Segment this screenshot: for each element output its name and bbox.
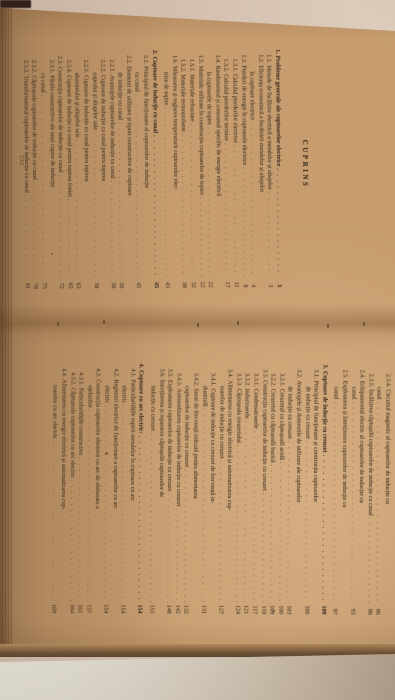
toc-section-number: 2.3.2. [29,60,38,74]
binding-stitch [57,322,59,326]
dot-leader: . . . . . . . . . . . . . . . . . . . . … [118,405,128,602]
toc-entry-line: 2.3.1.Părțile constructive ale unui cupt… [46,43,56,289]
dot-leader: . . . . . . . . . . . . . . . . . . . . … [73,140,83,278]
toc-page-number: 45 [151,279,160,288]
toc-entry-text-continued: oțelurilor [85,385,94,407]
toc-page-number: 148 [164,605,173,614]
toc-page-number: 78 [31,280,40,289]
toc-page-number: 8 [240,278,249,287]
toc-section-number: 2.2.3. [81,60,90,74]
toc-entry-text: Cuptoare cu arc electric: [136,370,145,434]
toc-entry-line: 3.Cuptoare de inducție cu creuzet. . . .… [319,357,329,615]
toc-section-number: 2.2.1. [106,59,115,73]
dot-leader: . . . . . . . . . . . . . . . . . . . . … [284,441,293,604]
toc-entry-text: Eficiența economică a încălzirii metalel… [256,65,265,192]
toc-section-number: 4.3.2. [68,372,77,386]
toc-entry-line: electric. . . . . . . . . . . . . . . . … [118,355,128,613]
toc-page-number: 58 [91,279,100,288]
dot-leader: . . . . . . . . . . . . . . . . . . . . … [247,122,257,276]
toc-entry-line: 1.5.2.Materiale termoizolante. . . . . .… [178,42,188,288]
toc-page-number: 4 [248,278,257,287]
toc-entry-line: 2.Cuptoare de inducție cu canal. . . . .… [149,42,159,288]
toc-section-number: 3. [320,365,329,370]
toc-entry-line: inducție cu creuzet. . . . . . . . . . .… [147,356,157,614]
dot-leader: . . . . . . . . . . . . . . . . . . . . … [330,401,340,603]
dot-leader: . . . . . . . . . . . . . . . . . . . . … [265,192,274,277]
toc-entry-text-continued: de inducție cu canal [115,72,124,120]
dot-leader: . . . . . . . . . . . . . . . . . . . . … [161,107,171,277]
toc-entry-text: Inductoarele [242,389,251,419]
dot-leader: . . . . . . . . . . . . . . . . . . . . … [301,441,310,604]
toc-section-number: 3.3.3. [234,373,243,387]
toc-entry-text-continued: canal [374,387,383,400]
toc-entry-line: 3.2.1.Creuzetul cu căptușeală acidă. . .… [276,356,286,614]
toc-entry-text: Calculul pierderilor termice [221,74,230,141]
toc-entry-line: la cuptoarele de topire. . . . . . . . .… [204,42,214,288]
page-number-folio: 232 [18,155,24,166]
toc-page-number: 50 [117,279,126,288]
toc-page-number: 100 [301,605,310,614]
toc-entry-line: 2.3.3.Transformatorul cuptoarelor de ind… [20,43,30,289]
dot-leader: . . . . . . . . . . . . . . . . . . . . … [198,409,208,603]
toc-page-number: 63 [74,280,83,289]
toc-entry-line: 1.1.Metode de încălzire electrică a meta… [264,41,274,287]
dot-leader: . . . . . . . . . . . . . . . . . . . . … [233,445,242,603]
toc-entry-line: 4.3.1.Particularitățile constructive. . … [75,355,85,613]
toc-entry-text-continued: toarelor de inducție cu creuzet [216,386,225,459]
page-fore-edge-shadow [0,644,395,657]
toc-section-number: 3.1. [311,369,320,378]
toc-section-number: 1.3.2. [221,59,230,73]
toc-entry-text: Cuptoare de inducție cu canal pentru top… [98,75,107,181]
dot-leader: . . . . . . . . . . . . . . . . . . . . … [204,127,214,277]
toc-entry-line: 4.Cuptoare cu arc electric:. . . . . . .… [135,356,145,614]
toc-page-number: 50 [108,279,117,288]
toc-section-number: 1.5.1. [187,59,196,73]
toc-page-number: 157 [84,604,93,613]
toc-entry-line: de inducție cu creuzet. . . . . . . . . … [284,356,294,614]
toc-entry-text: Căptușeala cuptoarelor de inducție cu ca… [29,75,38,180]
toc-entry-text-continued: canal [348,387,357,400]
toc-entry-text: Cuptoare de inducție cu canal pentru top… [81,75,90,181]
toc-page-number: 17 [223,279,232,288]
toc-entry-text: Măsurarea și reglarea temperaturii cupto… [170,66,179,190]
binding-stitch [103,320,105,324]
toc-section-number: 1.1. [264,54,273,63]
dark-background-object [0,0,31,8]
dot-leader: . . . . . . . . . . . . . . . . . . . . … [216,461,225,603]
toc-entry-line: oțelurilor. . . . . . . . . . . . . . . … [84,355,94,613]
toc-page-number: 22 [205,279,214,288]
toc-page-number: 164 [66,604,75,613]
toc-entry-text: Pierderi de energie în cuptoarele electr… [238,65,247,165]
dot-leader: . . . . . . . . . . . . . . . . . . . . … [373,401,383,603]
toc-entry-text-continued: cuptoarelor de inducție cu creuzet [182,386,191,467]
toc-page-number: 22 [197,279,206,288]
toc-entry-text-continued: cu canal [132,72,141,92]
toc-entry-line: de inducție cu creuzet. . . . . . . . . … [301,356,311,614]
toc-entry-line: 2.3.Construcția cuptoarelor de inducție … [55,43,65,289]
toc-entry-line: toarelor cu arc electric. . . . . . . . … [49,355,59,613]
toc-entry-line: cuprului și aliajelor sale. . . . . . . … [89,42,99,288]
toc-entry-text-continued: trice de topire [161,72,170,105]
toc-page-number: 81 [22,280,31,289]
toc-entry-text-continued: canal [331,387,340,400]
toc-entry-text: Întreținerea și repararea căptușelii cup… [156,380,165,497]
toc-section-number: 2.3.3. [20,60,29,74]
toc-section-number: 3.4.3. [174,373,183,387]
toc-entry-line: 1.5.1.Materiale refractare. . . . . . . … [187,42,197,288]
toc-section-number: 2.1. [141,55,150,64]
toc-page-number: 151 [147,605,156,614]
toc-entry-line: 2.2.2.Cuptoare de inducție cu canal pent… [98,42,108,288]
toc-section-number: 2.3.1. [46,60,55,74]
toc-entry-text: Probleme generale ale cuptoarelor electr… [273,56,282,167]
toc-entry-line: dustrială. . . . . . . . . . . . . . . .… [198,356,208,614]
toc-page-number: 131 [198,605,207,614]
toc-section-number: 3.2. [294,369,303,378]
toc-section-number: 1. [273,49,282,54]
dot-leader: . . . . . . . . . . . . . . . . . . . . … [84,410,94,603]
toc-page-number: 93 [347,606,356,615]
toc-page-number: 65 [65,280,74,289]
toc-entry-line: 1.3.2.Calculul pierderilor termice. . . … [221,42,231,288]
toc-entry-line: 3.5.Exploatarea cuptoarelor de inducție … [164,356,174,614]
toc-page-number: 100 [319,606,328,615]
toc-page-number: 38 [180,279,189,288]
toc-entry-text: Cuptoare de inducție cu creuzet [319,371,328,452]
toc-section-number: 4.1. [128,369,137,378]
toc-entry-text: Cuptoare de inducție cu canal pentru top… [64,75,73,197]
book-spread: CUPRINS 1.Probleme generale ale cuptoare… [0,0,395,700]
toc-section-number: 2.3.5. [366,374,375,388]
toc-entry-line: canal. . . . . . . . . . . . . . . . . .… [373,357,383,615]
dot-leader: . . . . . . . . . . . . . . . . . . . . … [181,469,190,603]
toc-page-number: 90 [365,606,374,615]
toc-entry-text: Părțile constructive ale unui cuptor de … [46,75,55,187]
dot-leader: . . . . . . . . . . . . . . . . . . . . … [107,181,116,278]
dot-leader: . . . . . . . . . . . . . . . . . . . . … [179,134,189,277]
toc-page-number: 86 [373,606,382,615]
toc-entry-line: 3.2.2.Creuzetul cu căptușeală bazică. . … [267,356,277,614]
toc-entry-text-continued: în cuptoare electrice [247,71,256,120]
toc-section-number: 3.4.2. [191,373,200,387]
dot-leader: . . . . . . . . . . . . . . . . . . . . … [21,195,30,278]
toc-entry-line: 4.3.2.Căptușeala cuptoarelor cu arc elec… [66,355,76,613]
toc-entry-text: Principiul de funcționare al cuptoarelor… [141,66,150,188]
toc-entry-text: Calculul pierderilor electrice [230,74,239,143]
toc-page-number: 3 [274,278,283,287]
toc-section-number: 4.4. [59,368,68,377]
toc-section-number: 1.4. [212,55,221,64]
toc-entry-line: cuptoarelor de inducție cu creuzet. . . … [181,356,191,614]
page-title: CUPRINS [300,41,310,287]
toc-page-number: 169 [49,604,58,613]
toc-section-number: 1.5. [195,55,204,64]
dot-leader: . . . . . . . . . . . . . . . . . . . . … [241,421,251,604]
dot-leader: . . . . . . . . . . . . . . . . . . . . … [196,197,205,277]
toc-page-number: 72 [56,280,65,289]
toc-page-number: 154 [135,605,144,614]
toc-entry-line: 3.3.2.Inductoarele. . . . . . . . . . . … [241,356,251,614]
toc-section-number: 3.3.1. [251,373,260,387]
toc-entry-line: de inducție cu canal. . . . . . . . . . … [115,42,125,288]
dot-leader: . . . . . . . . . . . . . . . . . . . . … [147,433,156,603]
toc-page-number: 124 [233,605,242,614]
toc-section-number: 3.3. [260,369,269,378]
toc-page-number: 121 [241,605,250,614]
dot-leader: . . . . . . . . . . . . . . . . . . . . … [250,431,259,604]
toc-section-number: 4.3.1. [76,372,85,386]
toc-entry-line: aluminiului și aliajelor sale. . . . . .… [72,43,82,289]
toc-section-number: 1.2. [255,54,264,63]
toc-section-number: 2.4. [357,370,366,379]
toc-page-number: 132 [181,605,190,614]
dot-leader: . . . . . . . . . . . . . . . . . . . . … [75,458,84,603]
toc-entry-line: 3.3.1.Condensatoarele. . . . . . . . . .… [250,356,260,614]
toc-page-number: 97 [330,606,339,615]
dot-leader: . . . . . . . . . . . . . . . . . . . . … [64,199,73,278]
toc-entry-text: Condensatoarele [251,389,260,429]
dot-leader: . . . . . . . . . . . . . . . . . . . . … [135,436,144,603]
toc-entry-line: 3.3.3.Căptușeala creuzetului. . . . . . … [233,356,243,614]
toc-entry-text-continued: cuprului și aliajelor sale [89,72,98,130]
toc-page-number: 117 [250,605,259,614]
toc-entry-line: 1.3.1.Calculul pierderilor electrice. . … [230,41,240,287]
toc-section-number: 4.3. [93,368,102,377]
dot-leader: . . . . . . . . . . . . . . . . . . . . … [267,465,276,604]
toc-page-number: 110 [258,605,267,614]
toc-entry-text: Cuptoare de inducție cu canal [149,57,158,134]
dot-leader: . . . . . . . . . . . . . . . . . . . . … [56,175,65,278]
dot-leader: . . . . . . . . . . . . . . . . . . . . … [276,462,285,603]
dot-leader: . . . . . . . . . . . . . . . . . . . . … [30,182,39,278]
dot-leader: . . . . . . . . . . . . . . . . . . . . … [38,95,48,278]
toc-section-number: 2.3.4. [383,374,392,388]
dot-leader: . . . . . . . . . . . . . . . . . . . . … [187,124,197,277]
toc-section-number: 1.3.1. [230,58,239,72]
toc-left-page: CUPRINS 1.Probleme generale ale cuptoare… [20,41,310,289]
toc-page-number: 3 [266,278,275,287]
toc-entry-text-continued: cu canal [38,73,47,93]
toc-page-number: 45 [134,279,143,288]
toc-page-number: 103 [284,605,293,614]
toc-page-number: 127 [215,605,224,614]
toc-entry-text-continued: aluminiului și aliajelor sale [72,73,81,138]
dot-leader: . . . . . . . . . . . . . . . . . . . . … [173,508,182,602]
toc-section-number: 4.2. [111,368,120,377]
toc-entry-line: în cuptoare electrice. . . . . . . . . .… [247,41,257,287]
toc-entry-text: Transformatorul cuptoarelor de inducție … [21,75,30,192]
toc-page-number: 154 [118,604,127,613]
toc-page-number: 75 [39,280,48,289]
toc-section-number: 3.4.1. [208,373,217,387]
dot-leader: . . . . . . . . . . . . . . . . . . . . … [222,143,232,277]
dot-leader: . . . . . . . . . . . . . . . . . . . . … [365,518,374,604]
toc-entry-line: 1.Probleme generale ale cuptoarelor elec… [273,41,283,287]
toc-entry-text-continued: toarelor cu arc electric [50,385,59,439]
toc-section-number: 4. [136,364,145,369]
toc-section-number: 1.6. [170,55,179,64]
dot-leader: . . . . . . . . . . . . . . . . . . . . … [101,405,111,602]
dot-leader: . . . . . . . . . . . . . . . . . . . . … [319,454,328,603]
dot-leader: . . . . . . . . . . . . . . . . . . . . … [230,145,240,277]
toc-right-page: 2.3.4.Circuitul magnetic al cuptoarelor … [49,355,392,615]
paper-speck [105,452,108,455]
toc-left-list: 1.Probleme generale ale cuptoarelor elec… [20,41,283,289]
toc-entry-line: 1.2.Eficiența economică a încălzirii met… [255,41,265,287]
dot-leader: . . . . . . . . . . . . . . . . . . . . … [66,480,75,602]
toc-page-number: 154 [101,604,110,613]
toc-entry-text: Materiale refractare [187,74,196,122]
toc-section-number: 2.2. [124,55,133,64]
toc-section-number: 2.2.2. [98,59,107,73]
toc-section-number: 3.5. [165,369,174,378]
toc-page-number: 11 [231,278,240,287]
toc-page-number: 142 [172,605,181,614]
toc-entry-text-continued: inducție cu creuzet [148,386,157,431]
toc-section-number: 2.5. [340,370,349,379]
toc-entry-text: Randamentul și consumul specific de ener… [213,66,223,197]
toc-entry-text-continued: dustrială [199,386,208,407]
dot-leader: . . . . . . . . . . . . . . . . . . . . … [115,122,125,277]
toc-page-number: 43 [162,279,171,288]
table-surface-right [0,654,395,700]
toc-entry-text-continued: electric [119,385,128,403]
toc-section-number: 3.3.2. [242,373,251,387]
toc-section-number: 1.3. [238,54,247,63]
toc-entry-line: 2.3.4.Circuitul magnetic al cuptoarelor … [382,357,392,615]
toc-section-number: 1.5.2. [178,59,187,73]
toc-section-number: 2.2.4. [63,60,72,74]
paper-speck [273,610,275,612]
toc-entry-text-continued: de inducție cu creuzet [302,386,311,439]
toc-entry-line: cu canal. . . . . . . . . . . . . . . . … [132,42,142,288]
dot-leader: . . . . . . . . . . . . . . . . . . . . … [239,167,248,276]
toc-entry-text: Particularitățile constructive [76,388,85,456]
toc-page-number: 32 [188,279,197,288]
toc-entry-line: cu canal. . . . . . . . . . . . . . . . … [38,43,48,289]
binding-stitch [197,323,199,327]
dot-leader: . . . . . . . . . . . . . . . . . . . . … [258,493,267,604]
toc-entry-text: Metode de încălzire electrică a metalelo… [264,65,273,189]
toc-entry-text: Construcția cuptoarelor de inducție cu c… [55,67,64,173]
toc-entry-text: Creuzetul cu căptușeală acidă [276,389,285,460]
book-photo: CUPRINS 1.Probleme generale ale cuptoare… [0,0,395,700]
toc-section-number: 3.6. [157,369,166,378]
toc-entry-text-continued: de inducție cu creuzet [285,386,294,439]
dot-leader: . . . . . . . . . . . . . . . . . . . . … [132,94,142,277]
toc-entry-line: canal. . . . . . . . . . . . . . . . . .… [347,357,357,615]
toc-entry-text: Creuzetul cu căptușeală bazică [268,389,277,463]
toc-section-number: 3.2.1. [277,373,286,387]
toc-section-number: 3.4. [225,369,234,378]
toc-section-number: 3.2.2. [268,373,277,387]
toc-page-number: 161 [75,604,84,613]
toc-entry-text: Echipamentul electric al cuptoarelor de … [357,381,366,503]
toc-entry-text: Circuitul magnetic al cuptoarelor de ind… [382,389,391,504]
toc-entry-line: canal. . . . . . . . . . . . . . . . . .… [330,357,340,615]
toc-entry-text-continued: electric [102,385,111,403]
dot-leader: . . . . . . . . . . . . . . . . . . . . … [150,135,160,277]
toc-entry-text: Avantajele cuptoarelor de inducție cu ca… [106,75,115,179]
toc-entry-text: Căptușeala creuzetului [234,389,243,444]
dot-leader: . . . . . . . . . . . . . . . . . . . . … [347,401,357,603]
toc-entry-line: electric. . . . . . . . . . . . . . . . … [101,355,111,613]
dot-leader: . . . . . . . . . . . . . . . . . . . . … [273,168,282,276]
binding-stitch [327,324,329,328]
toc-section-number: 2. [149,50,158,55]
binding-stitch [363,322,365,326]
toc-entry-line: trice de topire. . . . . . . . . . . . .… [161,42,171,288]
paper-speck [51,253,53,255]
toc-entry-text: Materiale termoizolante [178,74,187,132]
dot-leader: . . . . . . . . . . . . . . . . . . . . … [164,493,173,603]
toc-entry-text-continued: la cuptoarele de topire [204,72,213,126]
binding-stitch [237,321,239,325]
toc-right-list: 2.3.4.Circuitul magnetic al cuptoarelor … [49,355,392,615]
dot-leader: . . . . . . . . . . . . . . . . . . . . … [49,441,58,602]
dot-leader: . . . . . . . . . . . . . . . . . . . . … [90,132,100,278]
toc-entry-line: toarelor de inducție cu creuzet. . . . .… [215,356,225,614]
toc-entry-text: Exploatarea cuptoarelor de inducție cu c… [165,380,174,491]
toc-page-number: 106 [276,605,285,614]
toc-section-number: 2.3. [55,56,64,65]
